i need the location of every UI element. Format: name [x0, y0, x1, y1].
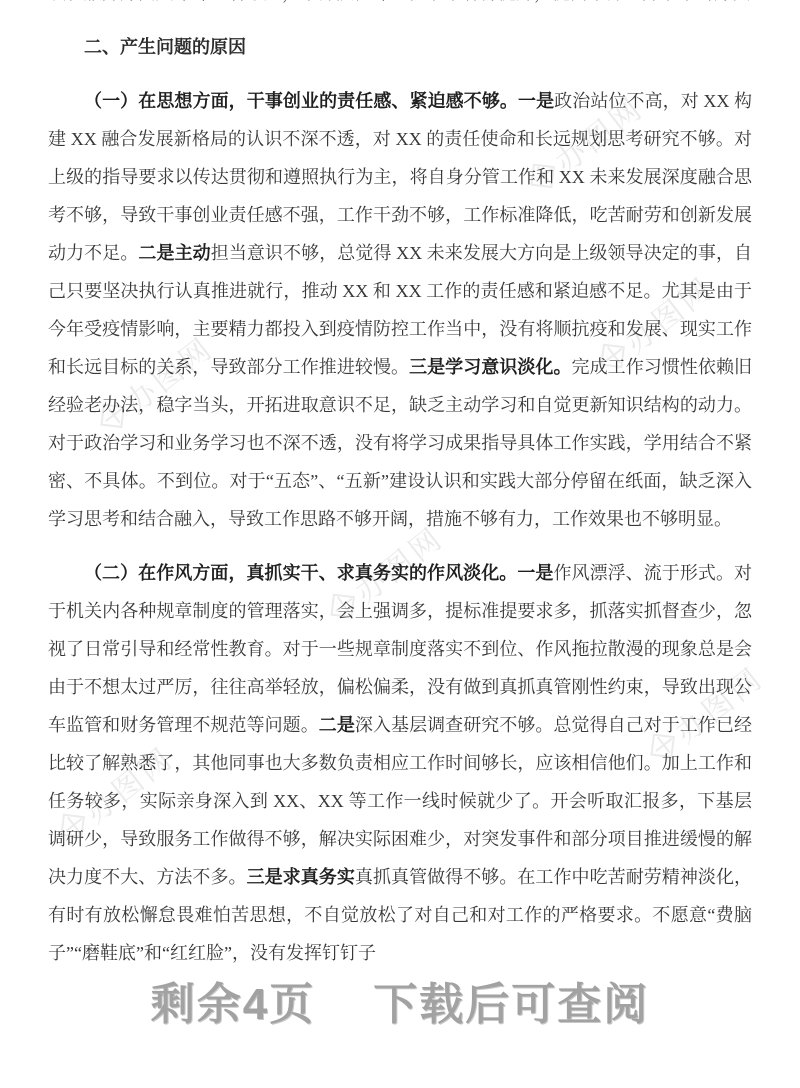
document-page: 办图网 办图网 办图网 办图网 办图网 办图网 织和服务方面人才专业着不足，干部… [0, 0, 800, 1088]
text-run: 完成工作习惯性依赖旧经验老办法，稳字当头，开拓进取意识不足，缺乏主动学习和自觉更… [48, 357, 752, 529]
document-paragraphs: （一）在思想方面，干事创业的责任感、紧迫感不够。一是政治站位不高，对 XX 构建… [48, 82, 752, 972]
document-body: 织和服务方面人才专业着不足，干部队伍专业化水平有待提升，提高干部业务水平的方法不… [0, 0, 800, 972]
download-to-view-label: 下载后可查阅 [373, 968, 649, 1032]
pages-left-label: 剩余4页 [151, 968, 315, 1032]
bold-run: （二）在作风方面，真抓实干、求真务实的作风淡化。一是 [84, 563, 553, 583]
text-run: 作风漂浮、流于形式。对于机关内各种规章制度的管理落实，会上强调多，提标准提要求多… [48, 563, 752, 735]
text-run: 政治站位不高，对 XX 构建 XX 融合发展新格局的认识不深不透，对 XX 的责… [48, 91, 752, 263]
clipped-top-line: 织和服务方面人才专业着不足，干部队伍专业化水平有待提升，提高干部业务水平的方法不… [48, 0, 752, 12]
paragraph: （二）在作风方面，真抓实干、求真务实的作风淡化。一是作风漂浮、流于形式。对于机关… [48, 554, 752, 972]
bold-run: 二是 [319, 715, 355, 735]
paragraph: （一）在思想方面，干事创业的责任感、紧迫感不够。一是政治站位不高，对 XX 构建… [48, 82, 752, 538]
bold-run: （一）在思想方面，干事创业的责任感、紧迫感不够。一是 [84, 91, 554, 111]
bold-run: 三是求真务实 [247, 867, 355, 887]
text-run: 深入基层调查研究不够。总觉得自己对于工作已经比较了解熟悉了，其他同事也大多数负责… [48, 715, 752, 887]
preview-banner[interactable]: 剩余4页 下载后可查阅 [0, 968, 800, 1032]
section-heading: 二、产生问题的原因 [48, 28, 752, 66]
bold-run: 三是学习意识淡化。 [409, 357, 571, 377]
bold-run: 二是主动 [138, 243, 210, 263]
